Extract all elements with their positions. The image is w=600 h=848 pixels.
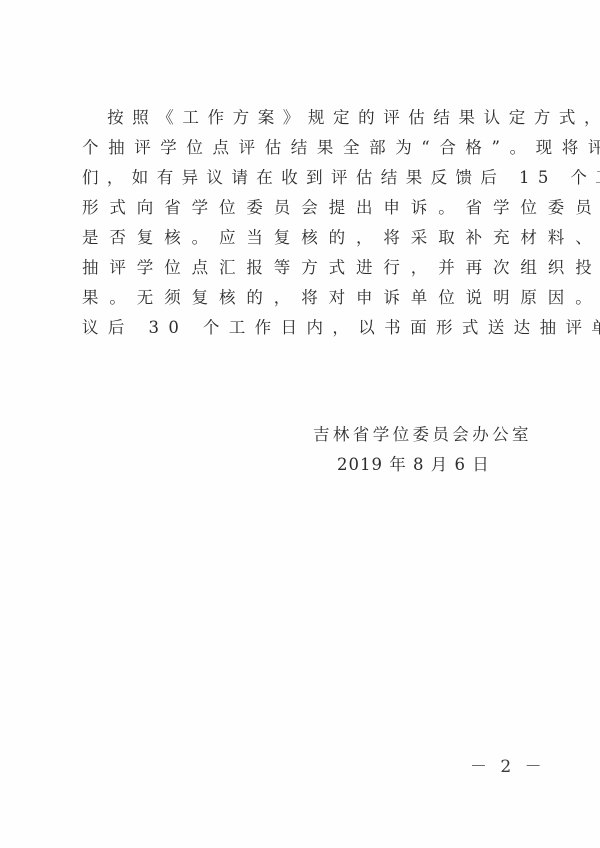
body-line-1: 按照《工作方案》规定的评估结果认定方式，经统计，我省 45 — [82, 108, 600, 128]
page-number: － 2 － — [470, 757, 546, 777]
body-line-4: 形式向省学位委员会提出申诉。省学位委员会根据异议情况决定 — [82, 198, 600, 218]
body-line-8: 议后 30 个工作日内，以书面形式送达抽评单位。 — [82, 318, 600, 338]
body-line-7: 果。无须复核的，将对申诉单位说明原因。复核结果将在收到异 — [82, 288, 600, 308]
body-line-6: 抽评学位点汇报等方式进行，并再次组织投票表决，形成最终结 — [82, 258, 600, 278]
body-line-5: 是否复核。应当复核的，将采取补充材料、进校考察、直接听取 — [82, 228, 600, 248]
signature-organization: 吉林省学位委员会办公室 — [313, 425, 532, 445]
body-line-2: 个抽评学位点评估结果全部为“合格”。现将评估结果反馈给你 — [82, 138, 600, 158]
signature-date: 2019 年 8 月 6 日 — [337, 455, 490, 475]
body-line-3: 们，如有异议请在收到评估结果反馈后 15 个工作日内，以书面 — [82, 168, 600, 188]
document-page: 按照《工作方案》规定的评估结果认定方式，经统计，我省 45 个抽评学位点评估结果… — [0, 0, 600, 848]
